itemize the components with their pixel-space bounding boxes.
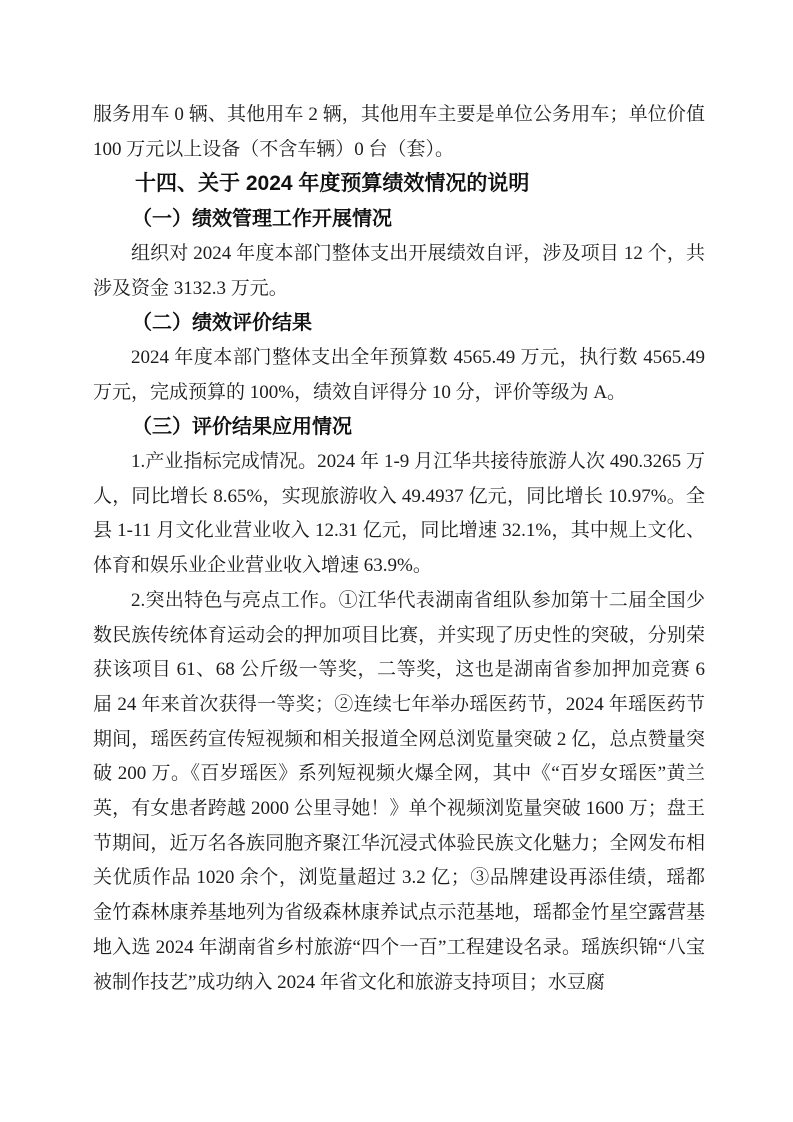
heading-result-application: （三）评价结果应用情况 [93, 410, 705, 445]
paragraph-budget-execution-results: 2024 年度本部门整体支出全年预算数 4565.49 万元，执行数 4565.… [93, 341, 705, 410]
paragraph-vehicle-equipment-continuation: 服务用车 0 辆、其他用车 2 辆，其他用车主要是单位公务用车；单位价值 100… [93, 98, 705, 167]
heading-evaluation-results: （二）绩效评价结果 [93, 306, 705, 341]
heading-section-14-budget-performance: 十四、关于 2024 年度预算绩效情况的说明 [93, 167, 705, 202]
document-page: 服务用车 0 辆、其他用车 2 辆，其他用车主要是单位公务用车；单位价值 100… [0, 0, 793, 1122]
paragraph-highlight-achievements: 2.突出特色与亮点工作。①江华代表湖南省组队参加第十二届全国少数民族传统体育运动… [93, 584, 705, 1000]
heading-performance-management-work: （一）绩效管理工作开展情况 [93, 202, 705, 237]
paragraph-self-evaluation-scope: 组织对 2024 年度本部门整体支出开展绩效自评，涉及项目 12 个，共涉及资金… [93, 237, 705, 306]
paragraph-industry-indicators: 1.产业指标完成情况。2024 年 1-9 月江华共接待旅游人次 490.326… [93, 445, 705, 584]
